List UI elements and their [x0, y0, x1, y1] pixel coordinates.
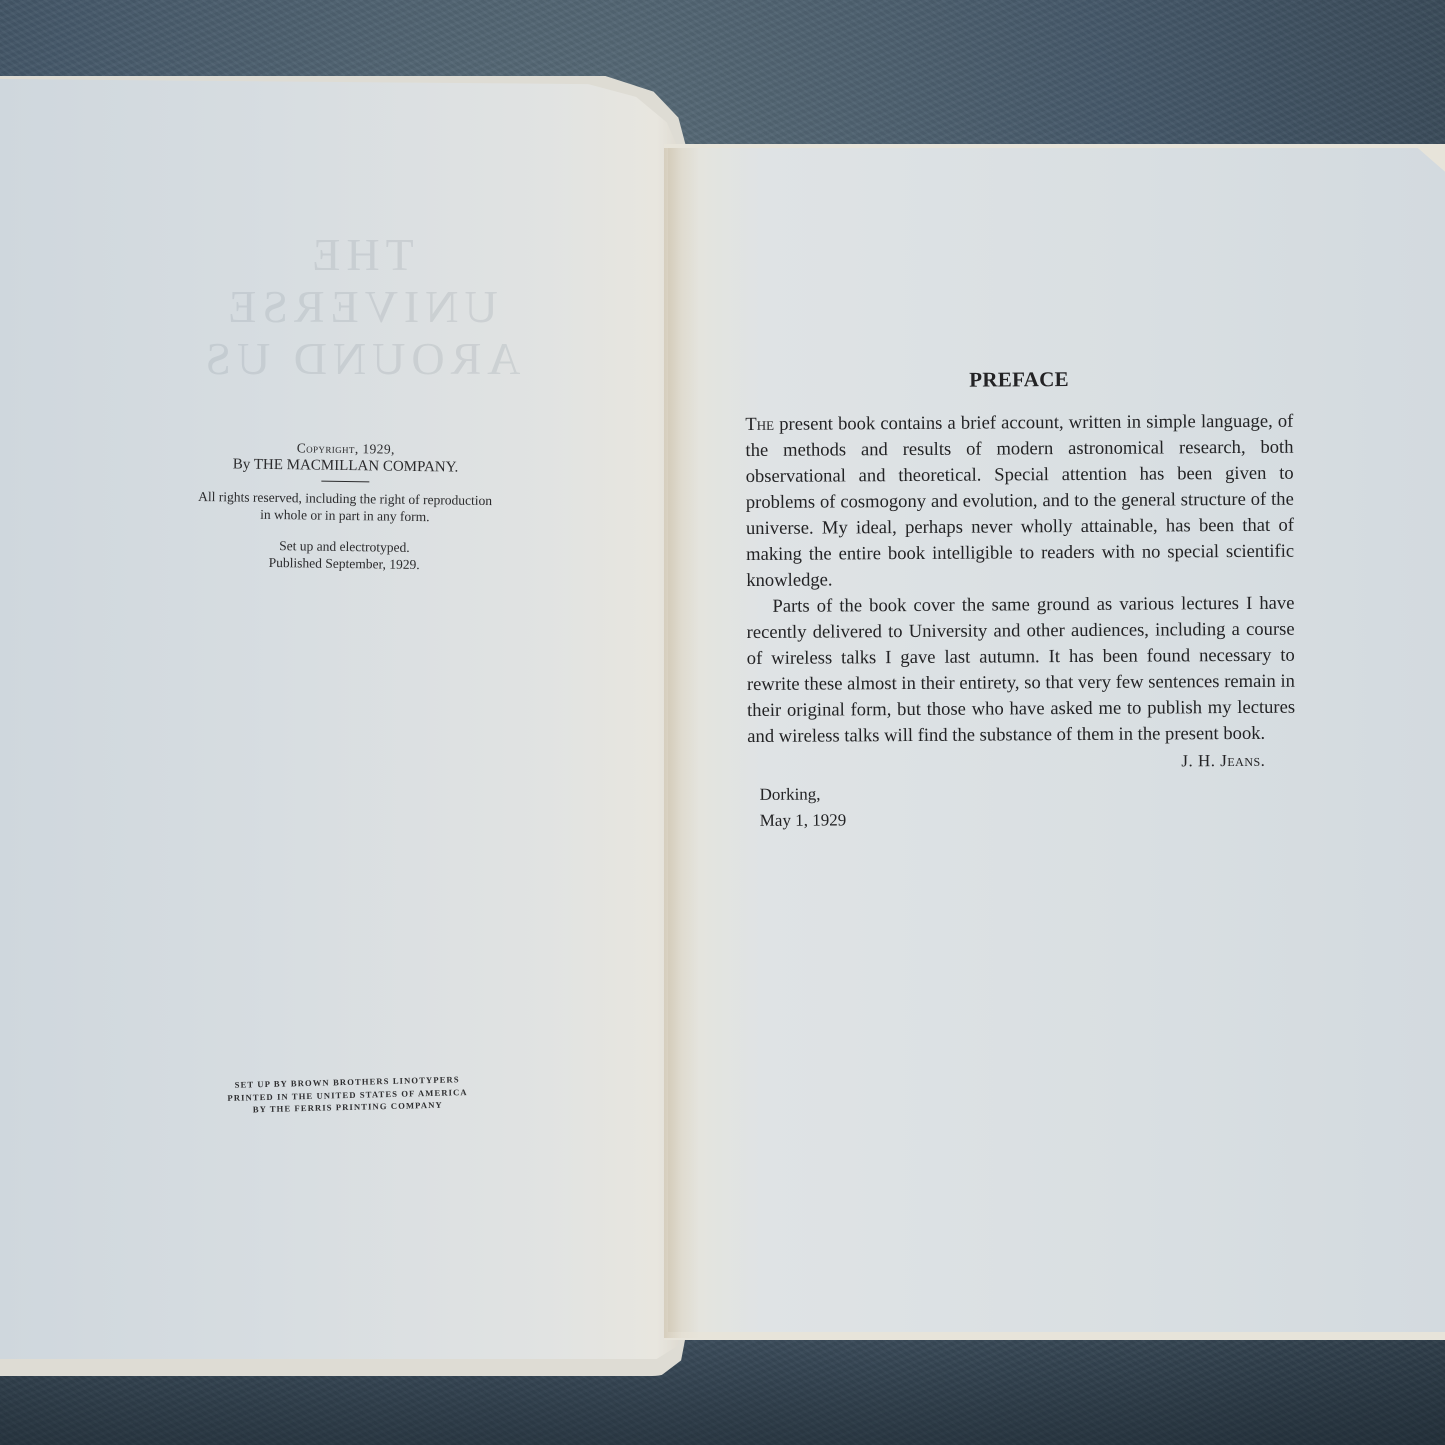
- printer-imprint: SET UP BY BROWN BROTHERS LINOTYPERS PRIN…: [195, 1072, 501, 1117]
- place-and-date: Dorking, May 1, 1929: [748, 779, 1296, 834]
- date: May 1, 1929: [760, 805, 1296, 834]
- rights-reserved: All rights reserved, including the right…: [140, 487, 550, 527]
- bleedthrough-line-1: THE: [100, 229, 620, 281]
- lead-word: The: [745, 414, 774, 435]
- book-gutter: [664, 148, 700, 1338]
- paragraph-1-text: present book contains a brief account, w…: [745, 411, 1294, 591]
- preface: PREFACE The present book contains a brie…: [745, 365, 1296, 834]
- preface-title: PREFACE: [745, 365, 1293, 394]
- bleedthrough-line-2: UNIVERSE AROUND US: [100, 281, 620, 385]
- place: Dorking,: [760, 779, 1296, 808]
- left-page: THE UNIVERSE AROUND US: [0, 79, 684, 1359]
- copyright-divider: [321, 481, 369, 483]
- bleedthrough-title: THE UNIVERSE AROUND US: [100, 229, 620, 385]
- copyright-notice: Copyright, 1929, By THE MACMILLAN COMPAN…: [139, 437, 551, 575]
- preface-paragraph-1: The present book contains a brief accoun…: [745, 409, 1294, 594]
- author-signature: J. H. Jeans.: [747, 749, 1265, 776]
- publication-info: Set up and electrotyped. Published Septe…: [139, 535, 549, 575]
- preface-paragraph-2: Parts of the book cover the same ground …: [746, 591, 1295, 750]
